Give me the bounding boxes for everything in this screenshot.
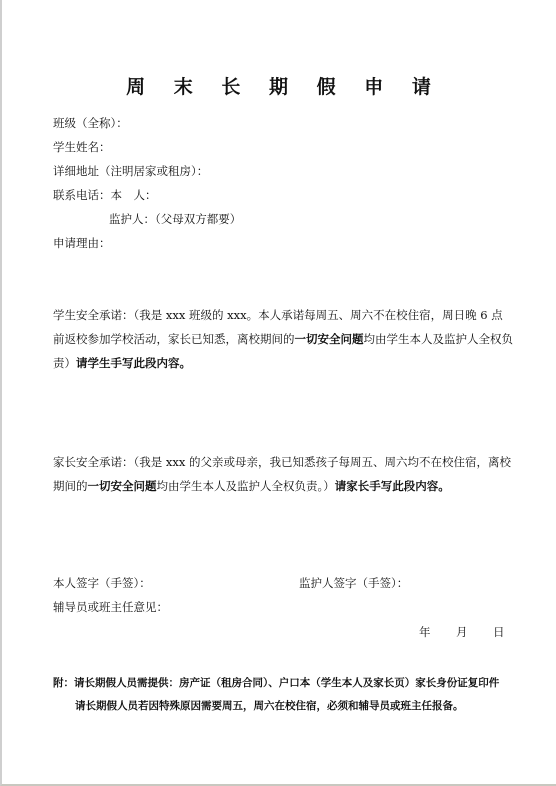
date-line: 年月日	[419, 625, 530, 639]
parent-pledge-emphasis: 一切安全问题	[88, 479, 157, 493]
address-label: 详细地址（注明居家或租房）：	[53, 164, 208, 178]
date-day: 日	[493, 625, 530, 639]
guardian-signature-label: 监护人签字（手签）：	[299, 576, 408, 590]
parent-pledge-text-2: 均由学生本人及监护人全权负责。）	[157, 479, 335, 493]
note-line-1: 附：请长期假人员需提供：房产证（租房合同）、户口本（学生本人及家长页）家长身份证…	[53, 675, 499, 690]
note-line-2: 请长期假人员若因特殊原因需要周五，周六在校住宿，必须和辅导员或班主任报备。	[75, 698, 464, 713]
student-pledge: 学生安全承诺：（我是 xxx 班级的 xxx。本人承诺每周五、周六不在校住宿，周…	[53, 303, 513, 375]
guardian-contact-label: 监护人：（父母双方都要）	[109, 212, 241, 226]
counselor-opinion-label: 辅导员或班主任意见：	[53, 600, 168, 614]
self-signature-label: 本人签字（手签）：	[53, 576, 151, 590]
document-page: 周 末 长 期 假 申 请 班级（全称）： 学生姓名： 详细地址（注明居家或租房…	[0, 0, 556, 786]
student-name-label: 学生姓名：	[53, 140, 111, 154]
parent-pledge: 家长安全承诺：（我是 xxx 的父亲或母亲，我已知悉孩子每周五、周六均不在校住宿…	[53, 450, 513, 498]
page-title: 周 末 长 期 假 申 请	[2, 72, 556, 99]
student-pledge-emphasis: 一切安全问题	[295, 332, 364, 346]
parent-pledge-instruction: 请家长手写此段内容。	[335, 479, 450, 493]
date-month: 月	[456, 625, 493, 639]
student-pledge-instruction: 请学生手写此段内容。	[76, 356, 191, 370]
reason-label: 申请理由：	[53, 236, 111, 250]
class-field-label: 班级（全称）：	[53, 116, 128, 130]
contact-label: 联系电话：本 人：	[53, 188, 157, 202]
date-year: 年	[419, 625, 456, 639]
